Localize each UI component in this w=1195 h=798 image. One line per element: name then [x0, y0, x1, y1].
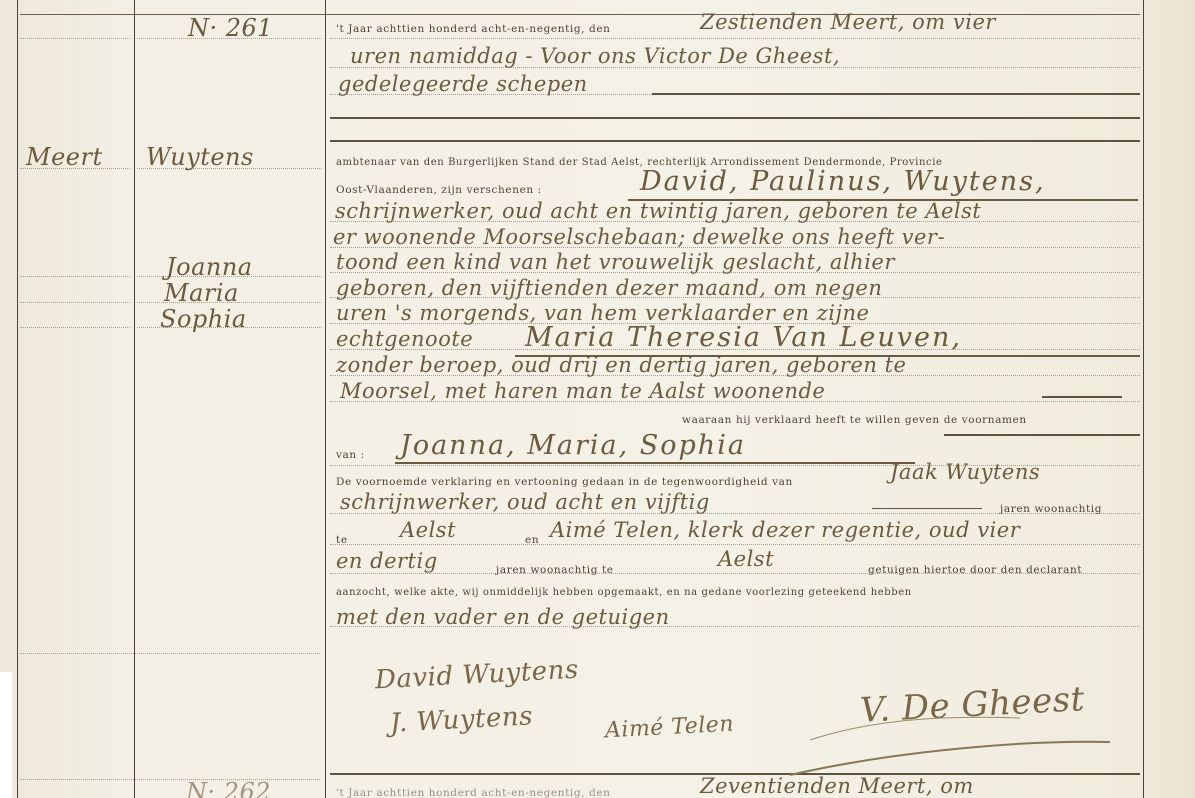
signature-flourish	[780, 700, 1120, 780]
margin-month: Meert	[26, 143, 103, 171]
printed-text: aanzocht, welke akte, wij onmiddelijk he…	[336, 587, 912, 598]
margin-given-name-2: Maria	[164, 279, 239, 307]
margin-dots	[20, 779, 320, 780]
section-rule	[872, 508, 982, 509]
next-record-printed: 't Jaar achttien honderd acht-en-negenti…	[336, 787, 611, 798]
section-rule	[944, 434, 1140, 436]
printed-text: 't Jaar achttien honderd acht-en-negenti…	[336, 23, 611, 35]
column-divider	[325, 0, 326, 798]
body-dots	[330, 544, 1140, 545]
margin-dots	[20, 302, 130, 303]
next-record-handwritten: Zeventienden Meert, om	[700, 774, 974, 798]
printed-text: waaraan hij verklaard heeft te willen ge…	[682, 414, 1027, 426]
section-rule	[652, 93, 1140, 95]
column-divider	[134, 0, 135, 798]
handwritten-text: toond een kind van het vrouwelijk geslac…	[336, 250, 895, 274]
name-underline	[395, 462, 915, 464]
witness-2-name: Aimé Telen, klerk dezer regentie, oud vi…	[550, 518, 1020, 542]
record-number: N· 261	[188, 14, 273, 42]
margin-dots	[20, 653, 320, 654]
declarant-name: David, Paulinus, Wuytens,	[640, 166, 1046, 197]
column-divider	[1143, 0, 1144, 798]
next-record-number: N· 262	[186, 778, 271, 798]
printed-text: jaren woonachtig	[1000, 503, 1102, 515]
section-rule	[330, 117, 1140, 119]
margin-dots	[20, 327, 130, 328]
handwritten-text: geboren, den vijftienden dezer maand, om…	[336, 276, 882, 300]
handwritten-text: Aelst	[718, 547, 774, 571]
scan-edge	[0, 672, 12, 798]
handwritten-text: Zestienden Meert, om vier	[700, 10, 996, 34]
handwritten-text: schrijnwerker, oud acht en vijftig	[340, 490, 710, 514]
handwritten-text: echtgenoote	[336, 327, 473, 351]
section-rule	[330, 140, 1140, 142]
line-filler	[1042, 396, 1122, 398]
printed-text: Oost-Vlaanderen, zijn verschenen :	[336, 184, 542, 196]
printed-text: De voornoemde verklaring en vertooning g…	[336, 476, 793, 488]
margin-dots	[20, 276, 130, 277]
child-given-names: Joanna, Maria, Sophia	[400, 430, 746, 461]
handwritten-text: zonder beroep, oud drij en dertig jaren,…	[336, 353, 906, 377]
printed-text: en	[525, 534, 539, 546]
signature-witness-2: Aimé Telen	[604, 712, 734, 744]
signature-witness-1: J. Wuytens	[389, 701, 533, 738]
printed-text: te	[336, 534, 348, 546]
civil-registry-page: N· 261 Meert Wuytens Joanna Maria Sophia…	[0, 0, 1195, 798]
mother-name: Maria Theresia Van Leuven,	[525, 322, 962, 353]
margin-given-name-1: Joanna	[166, 253, 253, 281]
printed-text: jaren woonachtig te	[496, 564, 614, 576]
witness-1-name: Jaak Wuytens	[890, 460, 1040, 484]
handwritten-text: Aelst	[400, 518, 456, 542]
column-divider	[17, 0, 18, 798]
handwritten-text: er woonende Moorselschebaan; dewelke ons…	[333, 225, 945, 249]
handwritten-text: uren namiddag - Voor ons Victor De Ghees…	[350, 44, 840, 68]
handwritten-text: gedelegeerde schepen	[338, 72, 588, 96]
margin-surname: Wuytens	[146, 143, 254, 171]
signature-father: David Wuytens	[374, 655, 579, 696]
body-dots	[330, 38, 1140, 39]
handwritten-text: Moorsel, met haren man te Aalst woonende	[340, 379, 825, 403]
printed-text: getuigen hiertoe door den declarant	[868, 564, 1082, 576]
margin-dots	[20, 38, 130, 39]
handwritten-text: met den vader en de getuigen	[336, 605, 670, 629]
printed-text: van :	[336, 449, 365, 461]
handwritten-text: en dertig	[336, 549, 438, 573]
handwritten-text: schrijnwerker, oud acht en twintig jaren…	[335, 199, 981, 223]
margin-given-name-3: Sophia	[160, 305, 247, 333]
